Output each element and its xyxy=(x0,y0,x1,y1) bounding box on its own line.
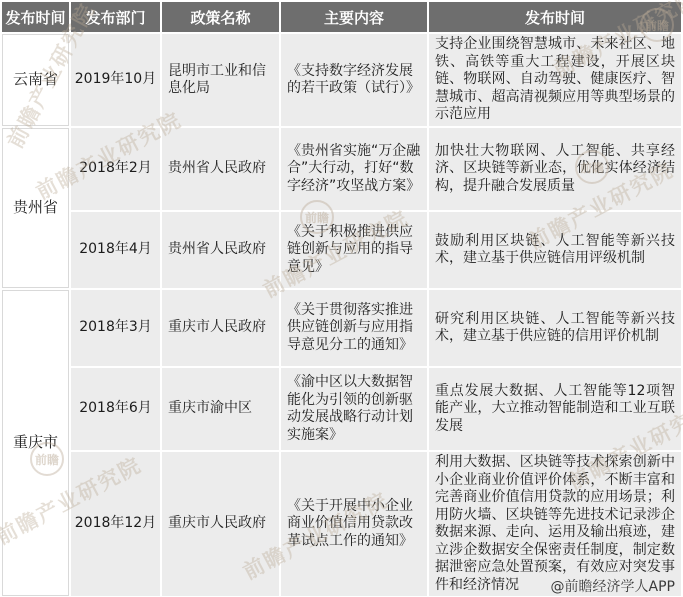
policy-name-cell: 《关于积极推进供应链创新与应用的指导意见》 xyxy=(281,212,427,288)
content-cell: 利用大数据、区块链等技术探索创新中小企业商业价值评价体系，不断丰富和完善商业价值… xyxy=(429,452,681,596)
policy-name-cell: 《支持数字经济发展的若干政策（试行）》 xyxy=(281,34,427,126)
content-cell: 重点发展大数据、人工智能等12项智能产业，大立推动智能制造和工业互联发展 xyxy=(429,368,681,450)
department-cell: 昆明市工业和信息化局 xyxy=(162,34,279,126)
policy-name-cell: 《贵州省实施“万企融合”大行动，打好“数字经济”攻坚战方案》 xyxy=(281,128,427,210)
date-cell: 2018年3月 xyxy=(71,290,160,366)
table-row: 贵州省 2018年2月 贵州省人民政府 《贵州省实施“万企融合”大行动，打好“数… xyxy=(2,128,681,210)
source-credit: @前瞻经济学人APP xyxy=(551,576,675,596)
header-cell-department: 政策名称 xyxy=(162,2,279,32)
region-cell: 贵州省 xyxy=(2,128,69,288)
table-row: 2018年12月 重庆市人民政府 《关于开展中小企业商业价值信用贷款改革试点工作… xyxy=(2,452,681,596)
content-cell: 支持企业围绕智慧城市、未来社区、地铁、高铁等重大工程建设，开展区块链、物联网、自… xyxy=(429,34,681,126)
table-header-row: 发布时间 发布部门 政策名称 主要内容 发布时间 xyxy=(2,2,681,32)
table-row: 重庆市 2018年3月 重庆市人民政府 《关于贯彻落实推进供应链创新与应用指导意… xyxy=(2,290,681,366)
date-cell: 2019年10月 xyxy=(71,34,160,126)
header-cell-main-content: 发布时间 xyxy=(429,2,681,32)
region-cell: 云南省 xyxy=(2,34,69,126)
department-cell: 重庆市人民政府 xyxy=(162,452,279,596)
policy-name-cell: 《渝中区以大数据智能化为引领的创新驱动发展战略行动计划实施案》 xyxy=(281,368,427,450)
department-cell: 重庆市人民政府 xyxy=(162,290,279,366)
date-cell: 2018年6月 xyxy=(71,368,160,450)
department-cell: 贵州省人民政府 xyxy=(162,128,279,210)
date-cell: 2018年2月 xyxy=(71,128,160,210)
header-cell-publish-time: 发布部门 xyxy=(71,2,160,32)
content-cell: 研究利用区块链、人工智能等新兴技术，建立基于供应链的信用评价机制 xyxy=(429,290,681,366)
table-row: 2018年6月 重庆市渝中区 《渝中区以大数据智能化为引领的创新驱动发展战略行动… xyxy=(2,368,681,450)
region-cell: 重庆市 xyxy=(2,290,69,596)
date-cell: 2018年4月 xyxy=(71,212,160,288)
date-cell: 2018年12月 xyxy=(71,452,160,596)
policy-name-cell: 《关于开展中小企业商业价值信用贷款改革试点工作的通知》 xyxy=(281,452,427,596)
content-cell: 鼓励利用区块链、人工智能等新兴技术，建立基于供应链信用评级机制 xyxy=(429,212,681,288)
policy-table: 发布时间 发布部门 政策名称 主要内容 发布时间 云南省 2019年10月 昆明… xyxy=(0,0,683,597)
table-row: 2018年4月 贵州省人民政府 《关于积极推进供应链创新与应用的指导意见》 鼓励… xyxy=(2,212,681,288)
policy-table-figure: 发布时间 发布部门 政策名称 主要内容 发布时间 云南省 2019年10月 昆明… xyxy=(0,0,683,597)
policy-name-cell: 《关于贯彻落实推进供应链创新与应用指导意见分工的通知》 xyxy=(281,290,427,366)
header-cell-region: 发布时间 xyxy=(2,2,69,32)
table-row: 云南省 2019年10月 昆明市工业和信息化局 《支持数字经济发展的若干政策（试… xyxy=(2,34,681,126)
department-cell: 贵州省人民政府 xyxy=(162,212,279,288)
department-cell: 重庆市渝中区 xyxy=(162,368,279,450)
content-cell: 加快壮大物联网、人工智能、共享经济、区块链等新业态，优化实体经济结构，提升融合发… xyxy=(429,128,681,210)
header-cell-policy-name: 主要内容 xyxy=(281,2,427,32)
